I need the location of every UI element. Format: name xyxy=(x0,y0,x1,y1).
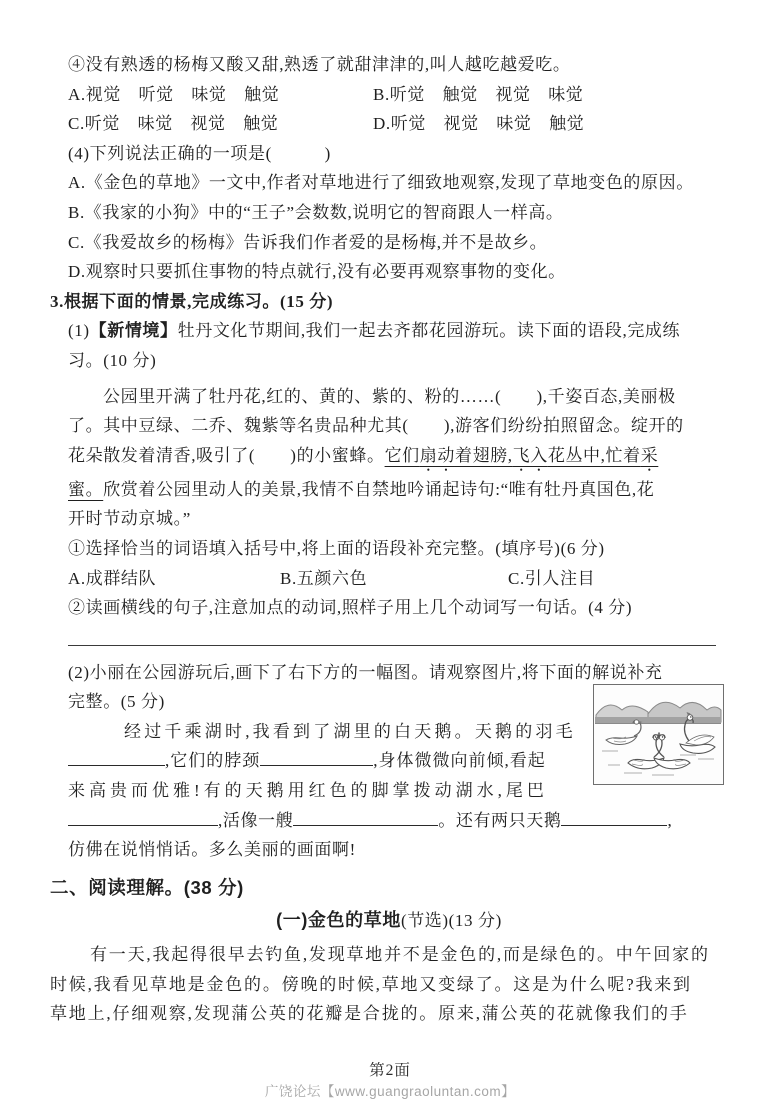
choice-d: D.听觉 视觉 味觉 触觉 xyxy=(373,114,584,133)
exam-paper-page: ④没有熟透的杨梅又酸又甜,熟透了就甜津津的,叫人越吃越爱吃。 A.视觉 听觉 味… xyxy=(0,0,780,1103)
emphasized-verb: 扇动 xyxy=(420,446,455,465)
question-3-title: 3.根据下面的情景,完成练习。(15 分) xyxy=(50,287,716,317)
question-4-option-d: D.观察时只要抓住事物的特点就行,没有必要再观察事物的变化。 xyxy=(68,257,716,287)
fill-blank xyxy=(293,811,438,826)
swan-illustration xyxy=(593,684,724,785)
swan-lake-drawing-icon xyxy=(594,685,722,783)
reading-passage: (一)金色的草地(节选)(13 分) 有一天,我起得很早去钓鱼,发现草地并不是金… xyxy=(50,906,728,1028)
choices-row-1: A.视觉 听觉 味觉 触觉B.听觉 触觉 视觉 味觉 xyxy=(68,80,716,110)
passage-line1: 有一天,我起得很早去钓鱼,发现草地并不是金色的,而是绿色的。中午回家的 xyxy=(50,940,728,970)
swan-text-line5: 仿佛在说悄悄话。多么美丽的画面啊! xyxy=(68,835,716,865)
subquestion-2-stem: ②读画横线的句子,注意加点的动词,照样子用上几个动词写一句话。(4 分) xyxy=(68,593,716,623)
passage-line3: 草地上,仔细观察,发现蒲公英的花瓣是合拢的。原来,蒲公英的花就像我们的手 xyxy=(50,999,728,1029)
question-4-option-a: A.《金色的草地》一文中,作者对草地进行了细致地观察,发现了草地变色的原因。 xyxy=(68,168,716,198)
passage-line2: 时候,我看见草地是金色的。傍晚的时候,草地又变绿了。这是为什么呢?我来到 xyxy=(50,970,728,1000)
choice-c: C.听觉 味觉 视觉 触觉 xyxy=(68,109,373,139)
fill-blank xyxy=(68,751,165,766)
swan-text-line2: ,它们的脖颈,身体微微向前倾,看起 xyxy=(68,746,580,776)
part1-text-wrap: 习。(10 分) xyxy=(68,346,716,376)
passage-title-note: (节选)(13 分) xyxy=(401,911,502,930)
subquestion-1-stem: ①选择恰当的词语填入括号中,将上面的语段补充完整。(填序号)(6 分) xyxy=(68,534,716,564)
passage-title: (一)金色的草地(节选)(13 分) xyxy=(50,906,728,936)
line3-plain: 花朵散发着清香,吸引了( )的小蜜蜂。 xyxy=(68,446,385,465)
question-4-option-b: B.《我家的小狗》中的“王子”会数数,说明它的智商跟人一样高。 xyxy=(68,198,716,228)
footer-watermark: 广饶论坛【www.guangraoluntan.com】 xyxy=(0,1080,780,1100)
swan-text-line3: 来高贵而优雅!有的天鹅用红色的脚掌拨动湖水,尾巴 xyxy=(68,776,580,806)
peony-paragraph-line1: 公园里开满了牡丹花,红的、黄的、紫的、粉的……( ),千姿百态,美丽极 xyxy=(68,382,716,412)
question-3-part1: (1)【新情境】牡丹文化节期间,我们一起去齐都花园游玩。读下面的语段,完成练 xyxy=(68,316,716,346)
swan-text-line1: 经过千乘湖时,我看到了湖里的白天鹅。天鹅的羽毛 xyxy=(68,717,580,747)
passage-title-main: (一)金色的草地 xyxy=(276,910,401,930)
part1-number: (1) xyxy=(68,321,90,340)
fill-blank xyxy=(68,811,218,826)
word-option-a: A.成群结队 xyxy=(68,564,280,594)
new-scenario-tag: 【新情境】 xyxy=(90,321,178,340)
peony-paragraph-line4: 蜜。欣赏着公园里动人的美景,我情不自禁地吟诵起诗句:“唯有牡丹真国色,花 xyxy=(68,475,716,505)
underlined-continuation: 蜜。 xyxy=(68,480,103,499)
choice-a: A.视觉 听觉 味觉 触觉 xyxy=(68,80,373,110)
peony-paragraph-line5: 开时节动京城。” xyxy=(68,504,716,534)
question-sentence-4: ④没有熟透的杨梅又酸又甜,熟透了就甜津津的,叫人越吃越爱吃。 xyxy=(68,50,716,80)
word-option-b: B.五颜六色 xyxy=(280,564,508,594)
question-4-stem: (4)下列说法正确的一项是( ) xyxy=(68,139,716,169)
footer-page-number: 第2面 xyxy=(0,1058,780,1080)
fill-blank xyxy=(260,751,373,766)
swan-text-line4: ,活像一艘。还有两只天鹅, xyxy=(68,806,716,836)
choice-b: B.听觉 触觉 视觉 味觉 xyxy=(373,85,583,104)
underlined-sentence: 它们扇动着翅膀,飞入花丛中,忙着采 xyxy=(385,446,659,465)
question-3-part2: (2)小丽在公园游玩后,画下了右下方的一幅图。请观察图片,将下面的解说补充 完整… xyxy=(68,658,716,865)
section-2-title: 二、阅读理解。(38 分) xyxy=(50,873,716,903)
question-4-option-c: C.《我爱故乡的杨梅》告诉我们作者爱的是杨梅,并不是故乡。 xyxy=(68,228,716,258)
choices-row-2: C.听觉 味觉 视觉 触觉D.听觉 视觉 味觉 触觉 xyxy=(68,109,716,139)
emphasized-verb: 飞入 xyxy=(513,446,548,465)
peony-paragraph-line3: 花朵散发着清香,吸引了( )的小蜜蜂。它们扇动着翅膀,飞入花丛中,忙着采 xyxy=(68,441,716,475)
emphasized-verb: 采 xyxy=(641,446,659,465)
answer-line xyxy=(68,629,716,646)
subquestion-1-options: A.成群结队B.五颜六色C.引人注目 xyxy=(68,564,716,594)
word-option-c: C.引人注目 xyxy=(508,569,595,588)
part1-text: 牡丹文化节期间,我们一起去齐都花园游玩。读下面的语段,完成练 xyxy=(178,321,681,340)
peony-paragraph-line2: 了。其中豆绿、二乔、魏紫等名贵品种尤其( ),游客们纷纷拍照留念。绽开的 xyxy=(68,411,716,441)
page-content: ④没有熟透的杨梅又酸又甜,熟透了就甜津津的,叫人越吃越爱吃。 A.视觉 听觉 味… xyxy=(68,50,716,1029)
fill-blank xyxy=(561,811,667,826)
